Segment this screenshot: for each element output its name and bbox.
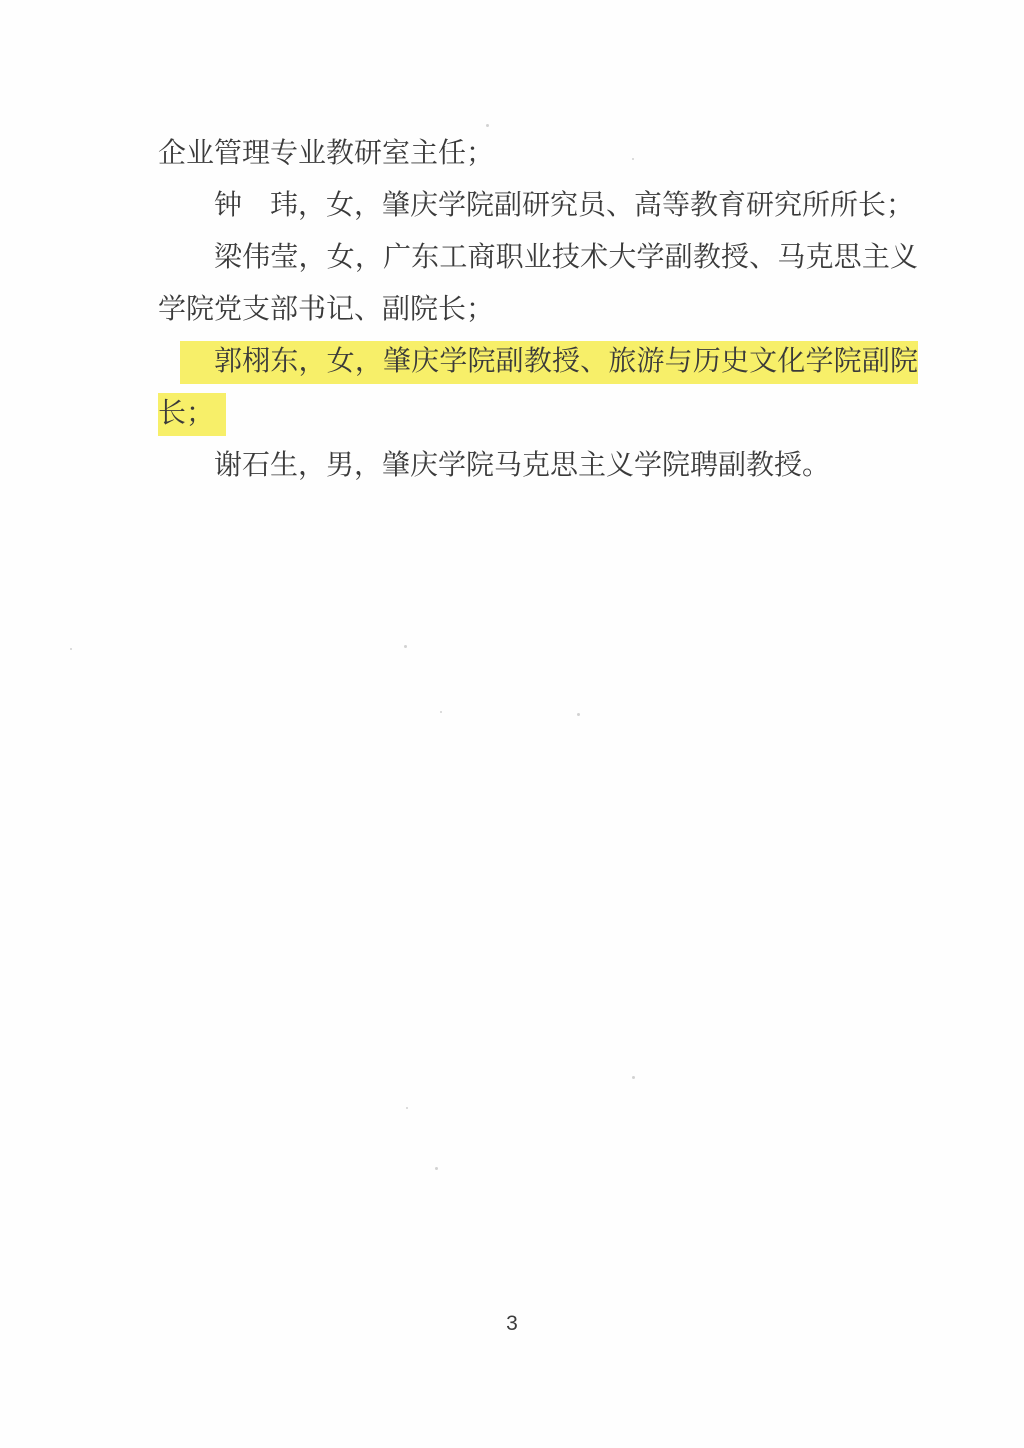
paragraph: 郭栩东，女，肇庆学院副教授、旅游与历史文化学院副院长； <box>158 336 918 440</box>
scan-speck <box>486 124 489 127</box>
scan-speck <box>632 158 634 160</box>
scan-speck <box>440 711 442 713</box>
document-body: 企业管理专业教研室主任；钟 玮，女，肇庆学院副研究员、高等教育研究所所长；梁伟莹… <box>158 128 918 492</box>
paragraph: 钟 玮，女，肇庆学院副研究员、高等教育研究所所长； <box>158 180 918 232</box>
page-number: 3 <box>0 1312 1024 1336</box>
scan-speck <box>70 648 72 650</box>
highlighted-text: 郭栩东，女，肇庆学院副教授、旅游与历史文化学院副院长； <box>158 341 918 436</box>
scan-speck <box>404 645 407 648</box>
scan-speck <box>435 1167 438 1170</box>
paragraph: 企业管理专业教研室主任； <box>158 128 918 180</box>
scan-speck <box>577 713 580 716</box>
paragraph: 谢石生，男，肇庆学院马克思主义学院聘副教授。 <box>158 440 918 492</box>
scan-speck <box>406 1107 408 1109</box>
scan-speck <box>632 1076 635 1079</box>
paragraph: 梁伟莹，女，广东工商职业技术大学副教授、马克思主义学院党支部书记、副院长； <box>158 232 918 336</box>
document-page: 企业管理专业教研室主任；钟 玮，女，肇庆学院副研究员、高等教育研究所所长；梁伟莹… <box>0 0 1024 1448</box>
